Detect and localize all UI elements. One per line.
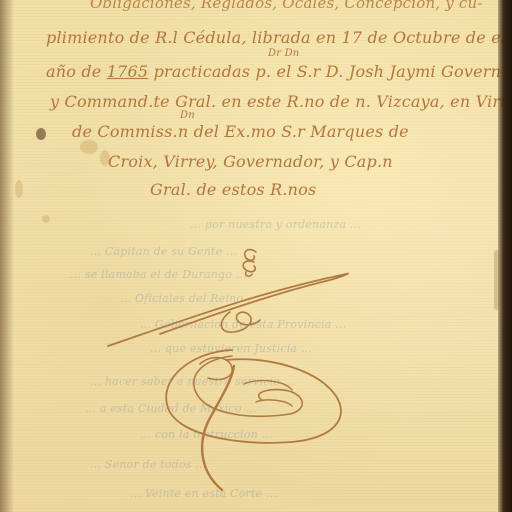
year-underlined: 1765 (107, 62, 149, 81)
bleed-through-line: … Oficiales del Reino … (120, 292, 258, 305)
manuscript-line: Obligaciones, Reglados, Ocales, Concepci… (90, 0, 483, 12)
manuscript-line: Croix, Virrey, Governador, y Cap.n (108, 152, 393, 171)
manuscript-line: plimiento de R.l Cédula, librada en 17 d… (46, 28, 506, 47)
line-prefix: año de (46, 62, 107, 81)
manuscript-page: … por nuestra y ordenanza … … Capitan de… (0, 0, 512, 512)
bleed-through-line: … Senor de todos … (90, 458, 207, 471)
bleed-through-line: … que estuvieren Justicia … (150, 342, 312, 355)
manuscript-line: año de 1765 practicadas p. el S.r D. Jos… (46, 62, 507, 81)
bleed-through-line: … a esta Ciudad de Mexico … (85, 402, 257, 415)
manuscript-line: y Command.te Gral. en este R.no de n. Vi… (50, 92, 512, 111)
bleed-through-line: … con la instruccion … (140, 428, 273, 441)
stain (80, 140, 98, 154)
stain (42, 215, 50, 223)
bleed-through-line: … Veinte en esta Corte … (130, 487, 277, 500)
bleed-through-line: … hacer saber a nuestro servicio … (90, 375, 295, 388)
stain (36, 128, 46, 140)
manuscript-line: Gral. de estos R.nos (150, 180, 316, 199)
bleed-through-line: … por nuestra y ordenanza … (190, 218, 361, 231)
superscript-note: Dr Dn (268, 48, 299, 59)
manuscript-line: de Commiss.n del Ex.mo S.r Marques de (72, 122, 409, 141)
bleed-through-line: … Gobernacion de esta Provincia … (140, 318, 346, 331)
stain (15, 180, 23, 198)
binding-shadow (0, 0, 14, 512)
bleed-through-line: … se llamaba el de Durango … (70, 268, 247, 281)
line-suffix: practicadas p. el S.r D. Josh Jaymi Gove… (148, 62, 506, 81)
superscript-note: Dn (180, 110, 195, 121)
page-tear (494, 250, 500, 310)
page-edge (498, 0, 512, 512)
bleed-through-line: … Capitan de su Gente … (90, 245, 237, 258)
